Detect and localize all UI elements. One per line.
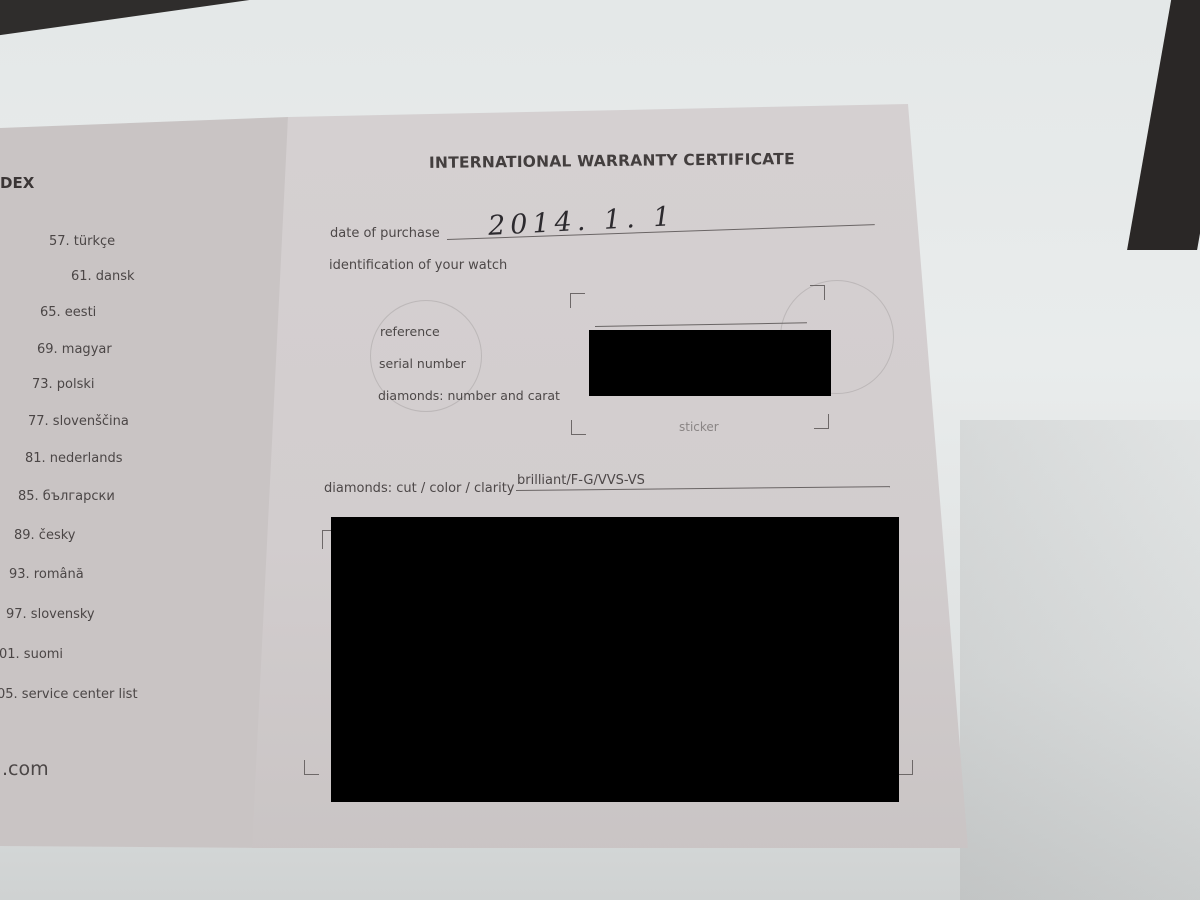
website-fragment: .com (2, 758, 49, 780)
stamp-corner (898, 760, 913, 775)
index-item: 77. slovenščina (28, 414, 129, 429)
index-item: 05. service center list (0, 687, 138, 702)
index-item: 97. slovensky (6, 607, 95, 622)
sticker-corner (571, 420, 586, 435)
sticker-label: sticker (679, 420, 719, 434)
serial-number-label: serial number (379, 356, 466, 371)
index-item: 69. magyar (37, 342, 112, 357)
redaction-box (589, 330, 831, 396)
sticker-corner (814, 414, 829, 429)
identification-label: identification of your watch (329, 258, 507, 273)
index-item: 65. eesti (40, 305, 96, 320)
index-item: 57. türkçe (49, 234, 115, 249)
shadow (960, 420, 1200, 900)
reference-label: reference (380, 324, 440, 339)
diamonds-cut-value: brilliant/F-G/VVS-VS (517, 473, 645, 488)
index-item: 61. dansk (71, 269, 135, 284)
index-item: 89. česky (14, 528, 75, 543)
redaction-box (331, 517, 899, 802)
index-heading: DEX (0, 174, 34, 192)
stamp-corner (304, 760, 319, 775)
index-item: 93. română (9, 567, 84, 582)
certificate-title: INTERNATIONAL WARRANTY CERTIFICATE (429, 150, 795, 172)
diamonds-cut-label: diamonds: cut / color / clarity (324, 481, 514, 496)
sticker-corner (810, 285, 825, 300)
diamonds-number-label: diamonds: number and carat (378, 388, 560, 403)
desk-edge-dark-right (1127, 0, 1200, 250)
index-item: 85. български (18, 489, 115, 504)
index-item: 01. suomi (0, 647, 63, 662)
index-item: 81. nederlands (25, 451, 122, 466)
sticker-corner (570, 293, 585, 308)
desk-edge-dark (0, 0, 326, 39)
index-item: 73. polski (32, 377, 95, 392)
date-of-purchase-label: date of purchase (330, 226, 440, 241)
